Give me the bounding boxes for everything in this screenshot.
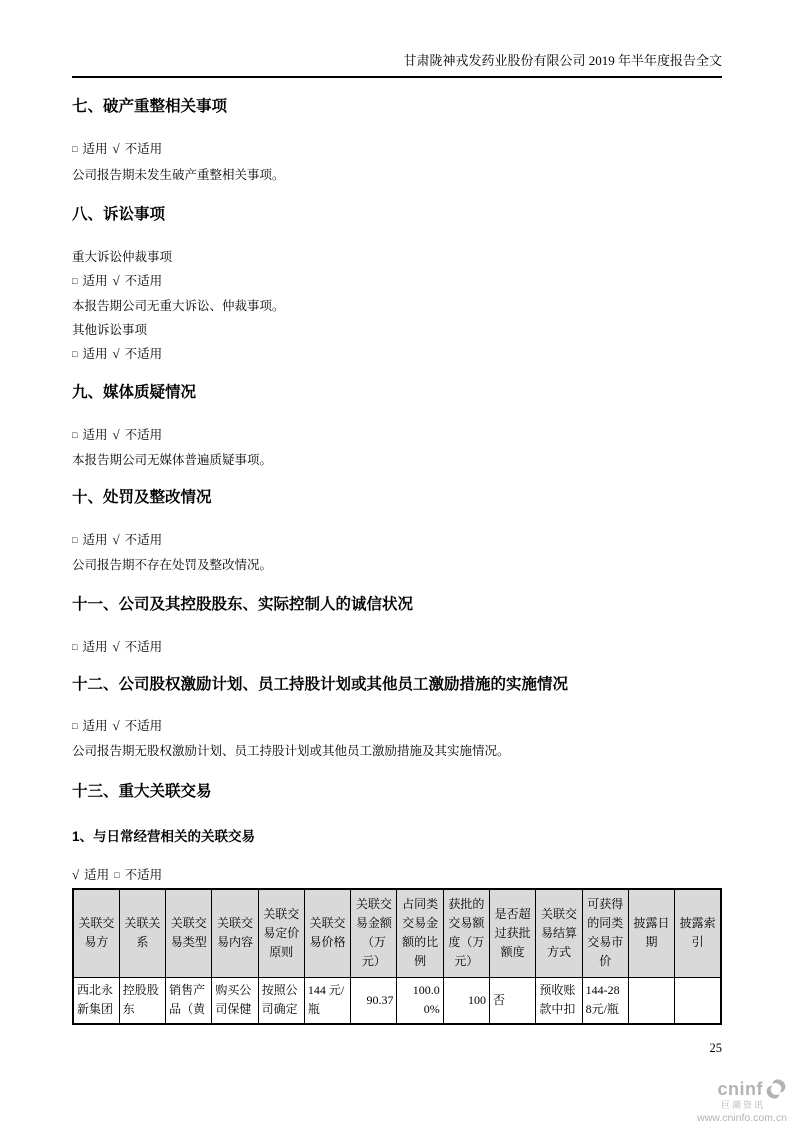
cninfo-watermark: cninf 巨潮资讯 www.cninfo.com.cn: [697, 1078, 787, 1122]
checkbox-unchecked-icon: □: [72, 642, 77, 652]
applicability-line: □适用√不适用: [72, 533, 722, 548]
page-number: 25: [710, 1041, 723, 1056]
cninf-url: www.cninfo.com.cn: [697, 1113, 787, 1122]
section-title-8: 八、诉讼事项: [72, 206, 722, 223]
section-title-7: 七、破产重整相关事项: [72, 98, 722, 115]
checkbox-unchecked-icon: □: [72, 535, 77, 545]
litigation-major-label: 重大诉讼仲裁事项: [72, 250, 722, 264]
check-mark-icon: √: [112, 639, 119, 654]
header-cell: 是否超过获批额度: [490, 889, 536, 977]
cninf-caption: 巨潮资讯: [697, 1101, 765, 1110]
table-cell: [628, 977, 674, 1024]
applicability-line: □适用√不适用: [72, 274, 722, 289]
header-cell: 关联交易金额（万元）: [351, 889, 397, 977]
not-applicable-label: 不适用: [125, 274, 163, 288]
checkbox-unchecked-icon: □: [72, 721, 77, 731]
not-applicable-label: 不适用: [125, 868, 163, 882]
report-page: 甘肃陇神戎发药业股份有限公司 2019 年半年度报告全文 七、破产重整相关事项 …: [0, 0, 793, 1122]
applicable-label: 适用: [82, 719, 107, 733]
not-applicable-label: 不适用: [125, 533, 163, 547]
check-mark-icon: √: [72, 867, 79, 882]
litigation-other-label: 其他诉讼事项: [72, 323, 722, 337]
table-cell: 100.00%: [397, 977, 443, 1024]
applicable-label: 适用: [82, 640, 107, 654]
table-row: 西北永新集团 控股股东 销售产品（黄 购买公司保健 按照公司确定 144 元/瓶…: [73, 977, 721, 1024]
checkbox-unchecked-icon: □: [72, 144, 77, 154]
check-mark-icon: √: [112, 718, 119, 733]
applicable-label: 适用: [82, 347, 107, 361]
table-cell: 预收账款中扣: [536, 977, 582, 1024]
table-cell: 100: [443, 977, 489, 1024]
header-cell: 获批的交易额度（万元）: [443, 889, 489, 977]
section-title-9: 九、媒体质疑情况: [72, 384, 722, 401]
applicability-line: □适用√不适用: [72, 428, 722, 443]
table-cell: 144-288元/瓶: [582, 977, 628, 1024]
not-applicable-label: 不适用: [125, 719, 163, 733]
table-cell: 控股股东: [119, 977, 165, 1024]
table-header-row: 关联交易方 关联关系 关联交易类型 关联交易内容 关联交易定价原则 关联交易价格…: [73, 889, 721, 977]
applicable-label: 适用: [82, 533, 107, 547]
applicability-line: □适用√不适用: [72, 142, 722, 157]
check-mark-icon: √: [112, 273, 119, 288]
check-mark-icon: √: [112, 427, 119, 442]
cninf-logo-icon: [765, 1078, 787, 1100]
table-cell: 西北永新集团: [73, 977, 119, 1024]
section-title-13: 十三、重大关联交易: [72, 783, 722, 800]
header-cell: 披露索引: [675, 889, 721, 977]
report-title: 甘肃陇神戎发药业股份有限公司 2019 年半年度报告全文: [403, 53, 722, 68]
header-cell: 关联交易结算方式: [536, 889, 582, 977]
checkbox-unchecked-icon: □: [72, 430, 77, 440]
checkbox-unchecked-icon: □: [114, 870, 119, 880]
check-mark-icon: √: [112, 346, 119, 361]
applicability-line: □适用√不适用: [72, 640, 722, 655]
related-party-transactions-table: 关联交易方 关联关系 关联交易类型 关联交易内容 关联交易定价原则 关联交易价格…: [72, 888, 722, 1025]
section-note: 公司报告期未发生破产重整相关事项。: [72, 168, 722, 182]
header-cell: 关联交易定价原则: [258, 889, 304, 977]
section-title-11: 十一、公司及其控股股东、实际控制人的诚信状况: [72, 596, 722, 613]
table-cell: [675, 977, 721, 1024]
applicable-label: 适用: [84, 868, 109, 882]
cninf-logo-text: cninf: [718, 1080, 764, 1098]
header-cell: 关联交易价格: [304, 889, 350, 977]
subsection-title: 1、与日常经营相关的关联交易: [72, 829, 722, 844]
not-applicable-label: 不适用: [125, 142, 163, 156]
check-mark-icon: √: [112, 532, 119, 547]
applicability-line: □适用√不适用: [72, 719, 722, 734]
applicable-label: 适用: [82, 274, 107, 288]
not-applicable-label: 不适用: [125, 428, 163, 442]
header-cell: 披露日期: [628, 889, 674, 977]
table-cell: 按照公司确定: [258, 977, 304, 1024]
header-cell: 关联交易类型: [166, 889, 212, 977]
check-mark-icon: √: [112, 141, 119, 156]
table-cell: 销售产品（黄: [166, 977, 212, 1024]
page-header: 甘肃陇神戎发药业股份有限公司 2019 年半年度报告全文: [72, 0, 722, 78]
checkbox-unchecked-icon: □: [72, 349, 77, 359]
section-title-10: 十、处罚及整改情况: [72, 489, 722, 506]
section-note: 公司报告期不存在处罚及整改情况。: [72, 558, 722, 572]
table-cell: 否: [490, 977, 536, 1024]
litigation-major-note: 本报告期公司无重大诉讼、仲裁事项。: [72, 299, 722, 313]
checkbox-unchecked-icon: □: [72, 276, 77, 286]
applicability-line: □适用√不适用: [72, 347, 722, 362]
applicable-label: 适用: [82, 142, 107, 156]
section-note: 本报告期公司无媒体普遍质疑事项。: [72, 453, 722, 467]
header-cell: 占同类交易金额的比例: [397, 889, 443, 977]
header-cell: 关联交易内容: [212, 889, 258, 977]
header-cell: 关联关系: [119, 889, 165, 977]
section-note: 公司报告期无股权激励计划、员工持股计划或其他员工激励措施及其实施情况。: [72, 744, 722, 758]
applicability-line-checked-applicable: √适用□不适用: [72, 868, 722, 883]
header-cell: 可获得的同类交易市价: [582, 889, 628, 977]
section-title-12: 十二、公司股权激励计划、员工持股计划或其他员工激励措施的实施情况: [72, 676, 722, 693]
table-cell: 购买公司保健: [212, 977, 258, 1024]
table-cell: 90.37: [351, 977, 397, 1024]
table-cell: 144 元/瓶: [304, 977, 350, 1024]
applicable-label: 适用: [82, 428, 107, 442]
not-applicable-label: 不适用: [125, 347, 163, 361]
not-applicable-label: 不适用: [125, 640, 163, 654]
header-cell: 关联交易方: [73, 889, 119, 977]
